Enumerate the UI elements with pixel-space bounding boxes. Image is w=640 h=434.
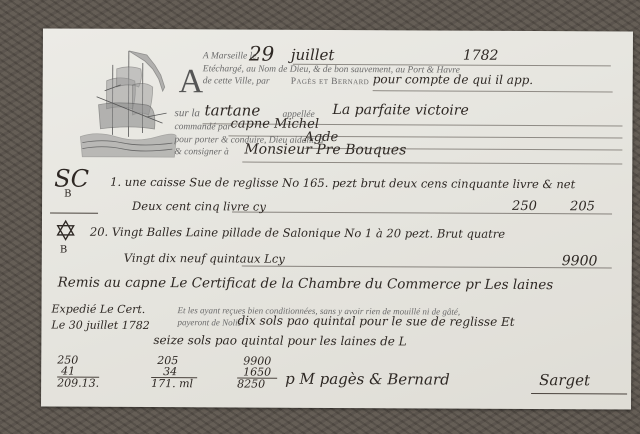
freight-terms-2: seize sols pao quintal pour les laines d… xyxy=(153,333,406,348)
bill-of-lading-document: A A Marseille le 29 juillet 1782 Etéchar… xyxy=(41,28,633,409)
company-name: Pagès et Bernard xyxy=(291,77,369,87)
certificate-remark: Remis au capne Le Certificat de la Chamb… xyxy=(58,275,554,294)
calc-2-c: 171. ml xyxy=(151,377,197,389)
item-1-rule xyxy=(232,211,612,214)
date-day: 29 xyxy=(249,42,275,66)
calc-column-1: 250 41 209.13. xyxy=(57,355,99,389)
item-2-weight-words: Vingt dix neuf quintaux Lcy xyxy=(124,251,285,266)
account-note: pour compte de qui il app. xyxy=(373,72,533,87)
margin-note-date: Le 30 juillet 1782 xyxy=(51,319,149,333)
merchant-mark-sc: SC xyxy=(54,165,89,193)
printed-line-2: de cette Ville, par xyxy=(203,76,270,86)
merchant-mark-sc-sub: B xyxy=(64,189,71,200)
item-2-description: 20. Vingt Balles Laine pillade de Saloni… xyxy=(90,225,505,241)
printed-consign: & consigner à xyxy=(174,147,228,157)
signature-sarget: Sarget xyxy=(539,371,590,389)
calc-3-c: 8250 xyxy=(237,378,277,389)
merchant-mark-star: ✡ xyxy=(54,215,78,248)
calc-column-3: 9900 1650 8250 xyxy=(237,355,277,389)
account-rule xyxy=(373,90,613,92)
calc-2-b: 34 xyxy=(151,366,197,377)
date-year: 1782 xyxy=(463,48,499,64)
calc-column-2: 205 34 171. ml xyxy=(151,355,197,389)
calc-1-c: 209.13. xyxy=(57,377,99,389)
item-2-rule xyxy=(242,266,612,269)
printed-commanded: commandé par xyxy=(174,122,231,132)
item-1-description: 1. une caisse Sue de reglisse No 165. pe… xyxy=(110,175,575,191)
freight-terms-1: dix sols pao quintal pour le sue de regl… xyxy=(237,313,514,328)
consignee: Monsieur Pre Bouques xyxy=(244,142,406,159)
date-month: juillet xyxy=(291,46,335,64)
item-1-gross: 250 xyxy=(512,199,537,214)
signature-underline xyxy=(531,393,627,395)
decorative-initial: A xyxy=(179,65,204,99)
merchant-mark-star-sub: B xyxy=(60,245,67,256)
item-2-amount: 9900 xyxy=(562,253,598,269)
consignee-rule xyxy=(242,162,622,165)
vessel-name: La parfaite victoire xyxy=(333,102,469,119)
signature-pages-bernard: p M pagès & Bernard xyxy=(285,370,450,389)
item-1-net: 205 xyxy=(570,199,595,214)
calc-1-b: 41 xyxy=(57,366,99,377)
margin-note-expedited: Expedié Le Cert. xyxy=(51,303,145,316)
printed-condition-2: payeront de Nolis xyxy=(177,317,241,327)
printed-ship-prefix: sur la xyxy=(175,107,200,119)
ship-engraving-icon xyxy=(76,45,177,162)
